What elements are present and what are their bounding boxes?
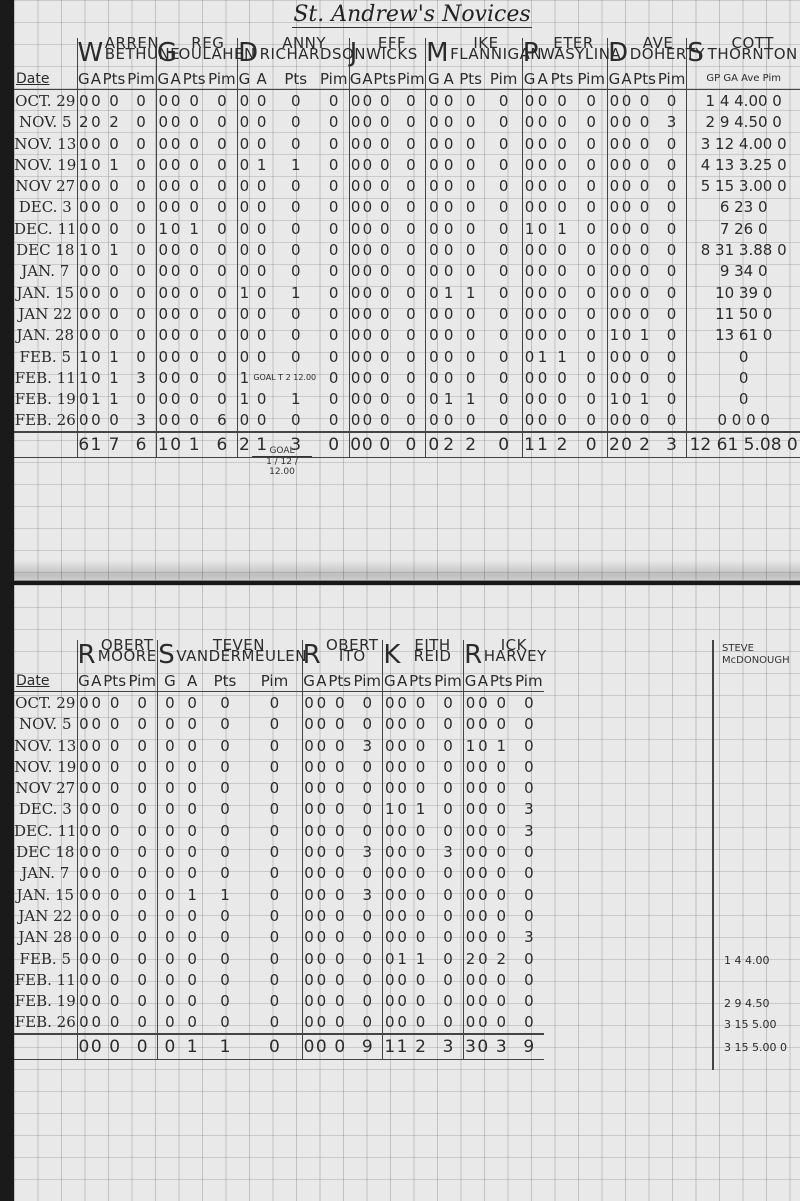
stat-cell: 0 [549, 112, 575, 133]
stat-cell: 0 [514, 756, 544, 777]
stat-cell: 0 [102, 133, 126, 154]
stat-cell: 0 [396, 927, 408, 948]
stat-cell: 0 [514, 863, 544, 884]
stat-cell: 0 [238, 133, 251, 154]
stat-cell: 0 [349, 410, 362, 432]
stat-cell: 0 [514, 905, 544, 926]
goal-note: GOAL 1 / 12 / 12.00 [252, 446, 312, 477]
stat-cell: 0 [170, 112, 182, 133]
stat-cell: 0 [477, 1012, 489, 1034]
stat-cell: 0 [349, 239, 362, 260]
stat-cell: 0 [182, 303, 207, 324]
stat-cell: 0 [90, 239, 102, 260]
stat-cell: 0 [362, 197, 373, 218]
stat-cell: 0 [408, 905, 433, 926]
goalie-stat-cell: 0 [687, 367, 800, 388]
stat-cell: 0 [383, 990, 396, 1011]
stat-cell: 0 [207, 175, 238, 196]
stat-cell: 0 [315, 905, 327, 926]
stat-cell: 0 [327, 799, 352, 820]
stat-cell: 0 [102, 948, 127, 969]
game-date: DEC. 11 [14, 820, 77, 841]
table-row: JAN. 700000000000000000000 [14, 863, 544, 884]
goalie-stat-cell: 3 12 4.00 0 [687, 133, 800, 154]
table-row: JAN. 700000000000000000000000000009 34 0 [14, 261, 800, 282]
player-name-row: ROBERTMOORESTEVENVANDERMEULENROBERTITOKE… [14, 640, 544, 670]
game-date: FEB. 19 [14, 388, 77, 409]
stat-header: Pim [486, 68, 523, 90]
stat-cell: 0 [77, 303, 90, 324]
stat-cell: 0 [456, 367, 486, 388]
stat-cell: 0 [433, 969, 464, 990]
stat-cell: 0 [182, 90, 207, 112]
stat-cell: 0 [632, 112, 656, 133]
stat-cell: 0 [238, 197, 251, 218]
stat-header: G [383, 670, 396, 692]
stat-cell: 0 [549, 239, 575, 260]
stat-cell: 0 [549, 410, 575, 432]
stat-cell: 0 [182, 346, 207, 367]
goalie-stat-cell: 2 9 4.50 0 [687, 112, 800, 133]
stat-cell: 1 [408, 799, 433, 820]
stat-header: A [442, 68, 456, 90]
stat-cell: 0 [362, 133, 373, 154]
stat-cell: 0 [77, 990, 90, 1011]
table-row: FEB. 1901100000101000000110000010100 [14, 388, 800, 409]
stat-cell: 0 [575, 388, 607, 409]
stat-cell: 1 [549, 346, 575, 367]
stat-cell: 0 [657, 388, 687, 409]
stat-cell: 0 [433, 714, 464, 735]
stat-cell: 0 [362, 325, 373, 346]
stat-cell: 0 [632, 303, 656, 324]
stat-cell: 0 [126, 154, 156, 175]
stat-cell: 0 [549, 197, 575, 218]
stat-cell: 0 [273, 218, 319, 239]
stat-cell: 0 [408, 735, 433, 756]
stat-cell: 0 [127, 1012, 158, 1034]
stat-cell: 0 [77, 261, 90, 282]
stat-header: A [536, 68, 549, 90]
stat-cell: 0 [489, 927, 514, 948]
stat-cell: 3 [657, 112, 687, 133]
game-date: FEB. 26 [14, 410, 77, 432]
stat-cell: 0 [575, 282, 607, 303]
stat-cell: 0 [426, 90, 442, 112]
stat-cell: 0 [408, 863, 433, 884]
stat-cell: 0 [90, 90, 102, 112]
stat-cell: 0 [408, 692, 433, 714]
stat-cell: 0 [373, 175, 397, 196]
stat-cell: 0 [302, 799, 315, 820]
stat-cell: 0 [362, 367, 373, 388]
player-initial: R [464, 640, 483, 670]
stat-cell: 0 [373, 218, 397, 239]
stat-cell: 0 [408, 756, 433, 777]
stat-cell: 0 [251, 218, 273, 239]
total-cell: 0 [315, 1034, 327, 1060]
stat-cell: 0 [464, 863, 477, 884]
stat-cell: 0 [477, 905, 489, 926]
stat-cell: 0 [396, 799, 408, 820]
stat-cell: 1 [77, 154, 90, 175]
stat-cell: 0 [426, 154, 442, 175]
stat-cell: 0 [352, 927, 383, 948]
stat-cell: 1 [549, 218, 575, 239]
stat-cell: 0 [207, 325, 238, 346]
stat-header: Pts [632, 68, 656, 90]
player-header: STEVENVANDERMEULEN [158, 640, 302, 670]
stat-cell: 0 [273, 197, 319, 218]
total-cell: 9 [352, 1034, 383, 1060]
stat-cell: 0 [273, 410, 319, 432]
stat-cell: 0 [632, 154, 656, 175]
stat-cell: 0 [127, 990, 158, 1011]
stat-cell: 0 [349, 175, 362, 196]
stat-cell: 0 [247, 948, 302, 969]
stat-cell: 0 [251, 175, 273, 196]
stat-cell: 0 [126, 388, 156, 409]
game-date: DEC 18 [14, 239, 77, 260]
stat-cell: 0 [514, 714, 544, 735]
goalie-stat-cell: 0 [687, 346, 800, 367]
stat-cell: 0 [396, 692, 408, 714]
total-cell: 3 [657, 432, 687, 458]
stat-cell: 0 [549, 282, 575, 303]
stat-cell: 0 [522, 175, 536, 196]
game-date: FEB. 26 [14, 1012, 77, 1034]
stat-cell: 0 [352, 799, 383, 820]
stat-cell: 0 [319, 410, 349, 432]
stat-cell: 0 [442, 90, 456, 112]
stat-cell: 0 [349, 303, 362, 324]
stat-cell: 0 [319, 175, 349, 196]
total-cell: 0 [486, 432, 523, 458]
total-cell: 1 [90, 432, 102, 458]
stat-cell: 0 [408, 990, 433, 1011]
stat-header: G [156, 68, 169, 90]
stat-cell: 0 [315, 927, 327, 948]
stat-cell: 0 [464, 905, 477, 926]
player-last-name: VANDERMEULEN [158, 651, 301, 662]
stat-cell: 0 [158, 714, 182, 735]
stat-cell: 0 [383, 969, 396, 990]
stat-cell: 1 [182, 218, 207, 239]
stat-cell: 0 [315, 1012, 327, 1034]
table-row: DEC 1800000000000300030000 [14, 841, 544, 862]
stat-cell: 0 [251, 261, 273, 282]
stat-cell: 0 [362, 388, 373, 409]
stat-cell: 0 [102, 820, 127, 841]
table-row: JAN 22000000000000000000000000000011 50 … [14, 303, 800, 324]
stat-cell: 0 [514, 948, 544, 969]
stat-cell: 0 [251, 197, 273, 218]
stat-cell: 0 [203, 905, 248, 926]
game-date: DEC. 11 [14, 218, 77, 239]
stat-cell: 0 [77, 863, 90, 884]
total-cell: 1 [522, 432, 536, 458]
stat-cell: 1 [442, 282, 456, 303]
stat-header: Pts [102, 68, 126, 90]
stat-cell: 0 [397, 303, 426, 324]
stat-cell: 0 [90, 841, 102, 862]
stat-cell: 0 [514, 1012, 544, 1034]
stat-cell: 0 [203, 777, 248, 798]
stat-header: A [170, 68, 182, 90]
stat-cell: 0 [522, 197, 536, 218]
stat-cell: 0 [608, 175, 621, 196]
goalie-stat-cell: 1 4 4.00 0 [687, 90, 800, 112]
stat-cell: 0 [302, 756, 315, 777]
stat-cell: 0 [464, 714, 477, 735]
stat-cell: 0 [77, 799, 90, 820]
stat-cell: 0 [632, 367, 656, 388]
goalie-stat-header: GP GA Ave Pim [687, 68, 800, 90]
stat-cell: 0 [522, 367, 536, 388]
stat-cell: 0 [536, 388, 549, 409]
stat-cell: 0 [170, 388, 182, 409]
stat-cell: 0 [170, 239, 182, 260]
stat-cell: 0 [397, 239, 426, 260]
table-row: NOV 2700000000000000000000 [14, 777, 544, 798]
total-cell: 2 [238, 432, 251, 458]
stat-cell: 0 [477, 692, 489, 714]
stat-cell: 0 [383, 692, 396, 714]
stat-cell: 0 [158, 799, 182, 820]
stat-cell: 0 [433, 905, 464, 926]
stat-cell: 0 [170, 303, 182, 324]
stat-cell: 0 [77, 197, 90, 218]
stat-cell: 0 [362, 261, 373, 282]
total-cell: 6 [126, 432, 156, 458]
stat-cell: 0 [182, 388, 207, 409]
stat-cell: 0 [158, 1012, 182, 1034]
stat-cell: 0 [396, 1012, 408, 1034]
stat-cell: 0 [489, 692, 514, 714]
stat-cell: 0 [203, 692, 248, 714]
stat-cell: 0 [170, 175, 182, 196]
stat-cell: 0 [514, 884, 544, 905]
stat-cell: 0 [383, 905, 396, 926]
stat-header: Pts [203, 670, 248, 692]
total-cell: 2 [456, 432, 486, 458]
stat-cell: 0 [456, 239, 486, 260]
stat-cell: 0 [203, 990, 248, 1011]
stat-cell: 0 [456, 197, 486, 218]
stat-cell: 0 [575, 303, 607, 324]
stat-cell: 0 [397, 325, 426, 346]
player-initial: W [78, 38, 104, 68]
goalie-total-cell: 12 61 5.08 0 [687, 432, 800, 458]
stat-cell: 0 [207, 303, 238, 324]
stat-cell: 0 [657, 346, 687, 367]
stat-cell: 0 [536, 367, 549, 388]
stat-cell: 0 [77, 905, 90, 926]
stat-cell: 0 [127, 969, 158, 990]
stat-cell: 0 [203, 735, 248, 756]
stat-header: A [396, 670, 408, 692]
goalie-stat-value: 3 15 5.00 [724, 1018, 776, 1031]
game-date: NOV. 5 [14, 714, 77, 735]
stat-cell: 0 [319, 367, 349, 388]
stat-cell: 0 [575, 90, 607, 112]
stat-cell: 0 [486, 303, 523, 324]
goalie-last-name: McDONOUGH [722, 655, 790, 667]
stat-cell: 0 [621, 154, 633, 175]
game-date: JAN. 15 [14, 282, 77, 303]
table-row: FEB. 2600000000000000000000 [14, 1012, 544, 1034]
stat-cell: 0 [327, 863, 352, 884]
table-row: FEB. 2600030006000000000000000000000 0 0… [14, 410, 800, 432]
stat-cell: 0 [408, 884, 433, 905]
stat-cell: 0 [238, 325, 251, 346]
stat-cell: 0 [77, 282, 90, 303]
stat-cell: 0 [426, 346, 442, 367]
stat-cell: 0 [158, 884, 182, 905]
stat-cell: 0 [238, 303, 251, 324]
total-cell: 0 [327, 1034, 352, 1060]
stat-cell: 0 [182, 735, 203, 756]
stat-cell: 0 [327, 884, 352, 905]
stat-cell: 0 [486, 197, 523, 218]
stat-cell: 0 [302, 905, 315, 926]
stat-cell: 0 [426, 367, 442, 388]
stat-cell: 0 [247, 863, 302, 884]
stat-cell: 0 [464, 820, 477, 841]
stat-cell: 0 [397, 261, 426, 282]
stat-cell: 0 [456, 346, 486, 367]
stat-cell: 0 [156, 112, 169, 133]
stat-cell: 0 [486, 367, 523, 388]
stat-cell: 0 [77, 735, 90, 756]
stat-cell: 0 [77, 410, 90, 432]
stat-cell: 0 [251, 325, 273, 346]
total-cell: 0 [362, 432, 373, 458]
stat-cell: 1 [102, 239, 126, 260]
stat-cell: 0 [207, 197, 238, 218]
stat-cell: 0 [156, 197, 169, 218]
stat-cell: 0 [102, 218, 126, 239]
total-cell: 0 [477, 1034, 489, 1060]
stat-cell: 0 [158, 756, 182, 777]
date-header: Date [14, 670, 77, 692]
stat-cell: 0 [621, 133, 633, 154]
stat-cell: 0 [349, 218, 362, 239]
total-cell: 0 [621, 432, 633, 458]
stat-cell: 0 [397, 133, 426, 154]
stat-cell: 0 [158, 841, 182, 862]
stat-cell: 0 [90, 905, 102, 926]
stat-cell: 0 [182, 197, 207, 218]
goalie-stat-cell: 5 15 3.00 0 [687, 175, 800, 196]
stat-cell: 0 [396, 905, 408, 926]
stat-cell: 0 [489, 1012, 514, 1034]
stat-cell: 0 [621, 388, 633, 409]
stat-cell: 0 [90, 777, 102, 798]
stat-cell: 1 [77, 239, 90, 260]
stat-cell: 0 [203, 927, 248, 948]
stat-cell: 0 [575, 239, 607, 260]
stat-cell: 0 [302, 714, 315, 735]
player-header: MIKEFLANNIGAN [426, 38, 523, 68]
total-cell: 1 [203, 1034, 248, 1060]
total-cell: 1 [536, 432, 549, 458]
stat-cell: 0 [102, 197, 126, 218]
stat-header: Pim [126, 68, 156, 90]
stat-cell: 0 [608, 133, 621, 154]
stat-cell: 0 [182, 841, 203, 862]
stat-cell: 0 [522, 261, 536, 282]
stat-cell: 0 [102, 777, 127, 798]
game-date: OCT. 29 [14, 692, 77, 714]
stat-cell: 0 [182, 154, 207, 175]
stat-cell: 0 [621, 175, 633, 196]
game-date: JAN. 7 [14, 863, 77, 884]
stat-cell: 0 [102, 325, 126, 346]
stat-cell: 0 [657, 325, 687, 346]
table-row: JAN 2800000000000000000003 [14, 927, 544, 948]
total-cell: 0 [319, 432, 349, 458]
stat-cell: 0 [251, 239, 273, 260]
stat-cell: 0 [315, 692, 327, 714]
stat-cell: 0 [77, 90, 90, 112]
stat-cell: 1 [182, 884, 203, 905]
total-cell: 0 [349, 432, 362, 458]
stat-cell: 0 [489, 990, 514, 1011]
stat-cell: 0 [373, 154, 397, 175]
stat-cell: 0 [238, 112, 251, 133]
stat-cell: 0 [349, 197, 362, 218]
stat-cell: 0 [608, 154, 621, 175]
stat-header: Pts [327, 670, 352, 692]
stat-cell: 0 [486, 325, 523, 346]
stat-cell: 0 [349, 388, 362, 409]
stat-cell: 0 [203, 863, 248, 884]
stat-header: Pts [408, 670, 433, 692]
stat-cell: 0 [362, 218, 373, 239]
goalie-stat-cell: 13 61 0 [687, 325, 800, 346]
table-row: NOV. 1300000000000000000000000000003 12 … [14, 133, 800, 154]
stat-cell: 0 [536, 239, 549, 260]
stat-cell: 0 [182, 799, 203, 820]
stat-header: Pim [397, 68, 426, 90]
stat-cell: 0 [127, 820, 158, 841]
stat-cell: 0 [170, 282, 182, 303]
stat-cell: 0 [477, 799, 489, 820]
stat-cell: 0 [90, 175, 102, 196]
stat-cell: 0 [456, 112, 486, 133]
stat-cell: 0 [522, 410, 536, 432]
stat-cell: 0 [156, 239, 169, 260]
stat-cell: 0 [549, 261, 575, 282]
stat-cell: 0 [426, 261, 442, 282]
total-cell: 1 [383, 1034, 396, 1060]
stat-cell: 0 [90, 154, 102, 175]
blank-cell [14, 38, 77, 68]
stat-cell: 1 [632, 388, 656, 409]
stat-cell: 0 [486, 112, 523, 133]
stat-cell: 0 [77, 218, 90, 239]
stat-cell: 0 [102, 884, 127, 905]
stat-cell: 0 [477, 948, 489, 969]
goalie-first-name: STEVE [722, 643, 790, 655]
stat-cell: 0 [158, 820, 182, 841]
stat-cell: 0 [621, 325, 633, 346]
stat-cell: 1 [456, 388, 486, 409]
stat-cell: 0 [383, 777, 396, 798]
stat-cell: 0 [90, 735, 102, 756]
stat-cell: 0 [464, 756, 477, 777]
